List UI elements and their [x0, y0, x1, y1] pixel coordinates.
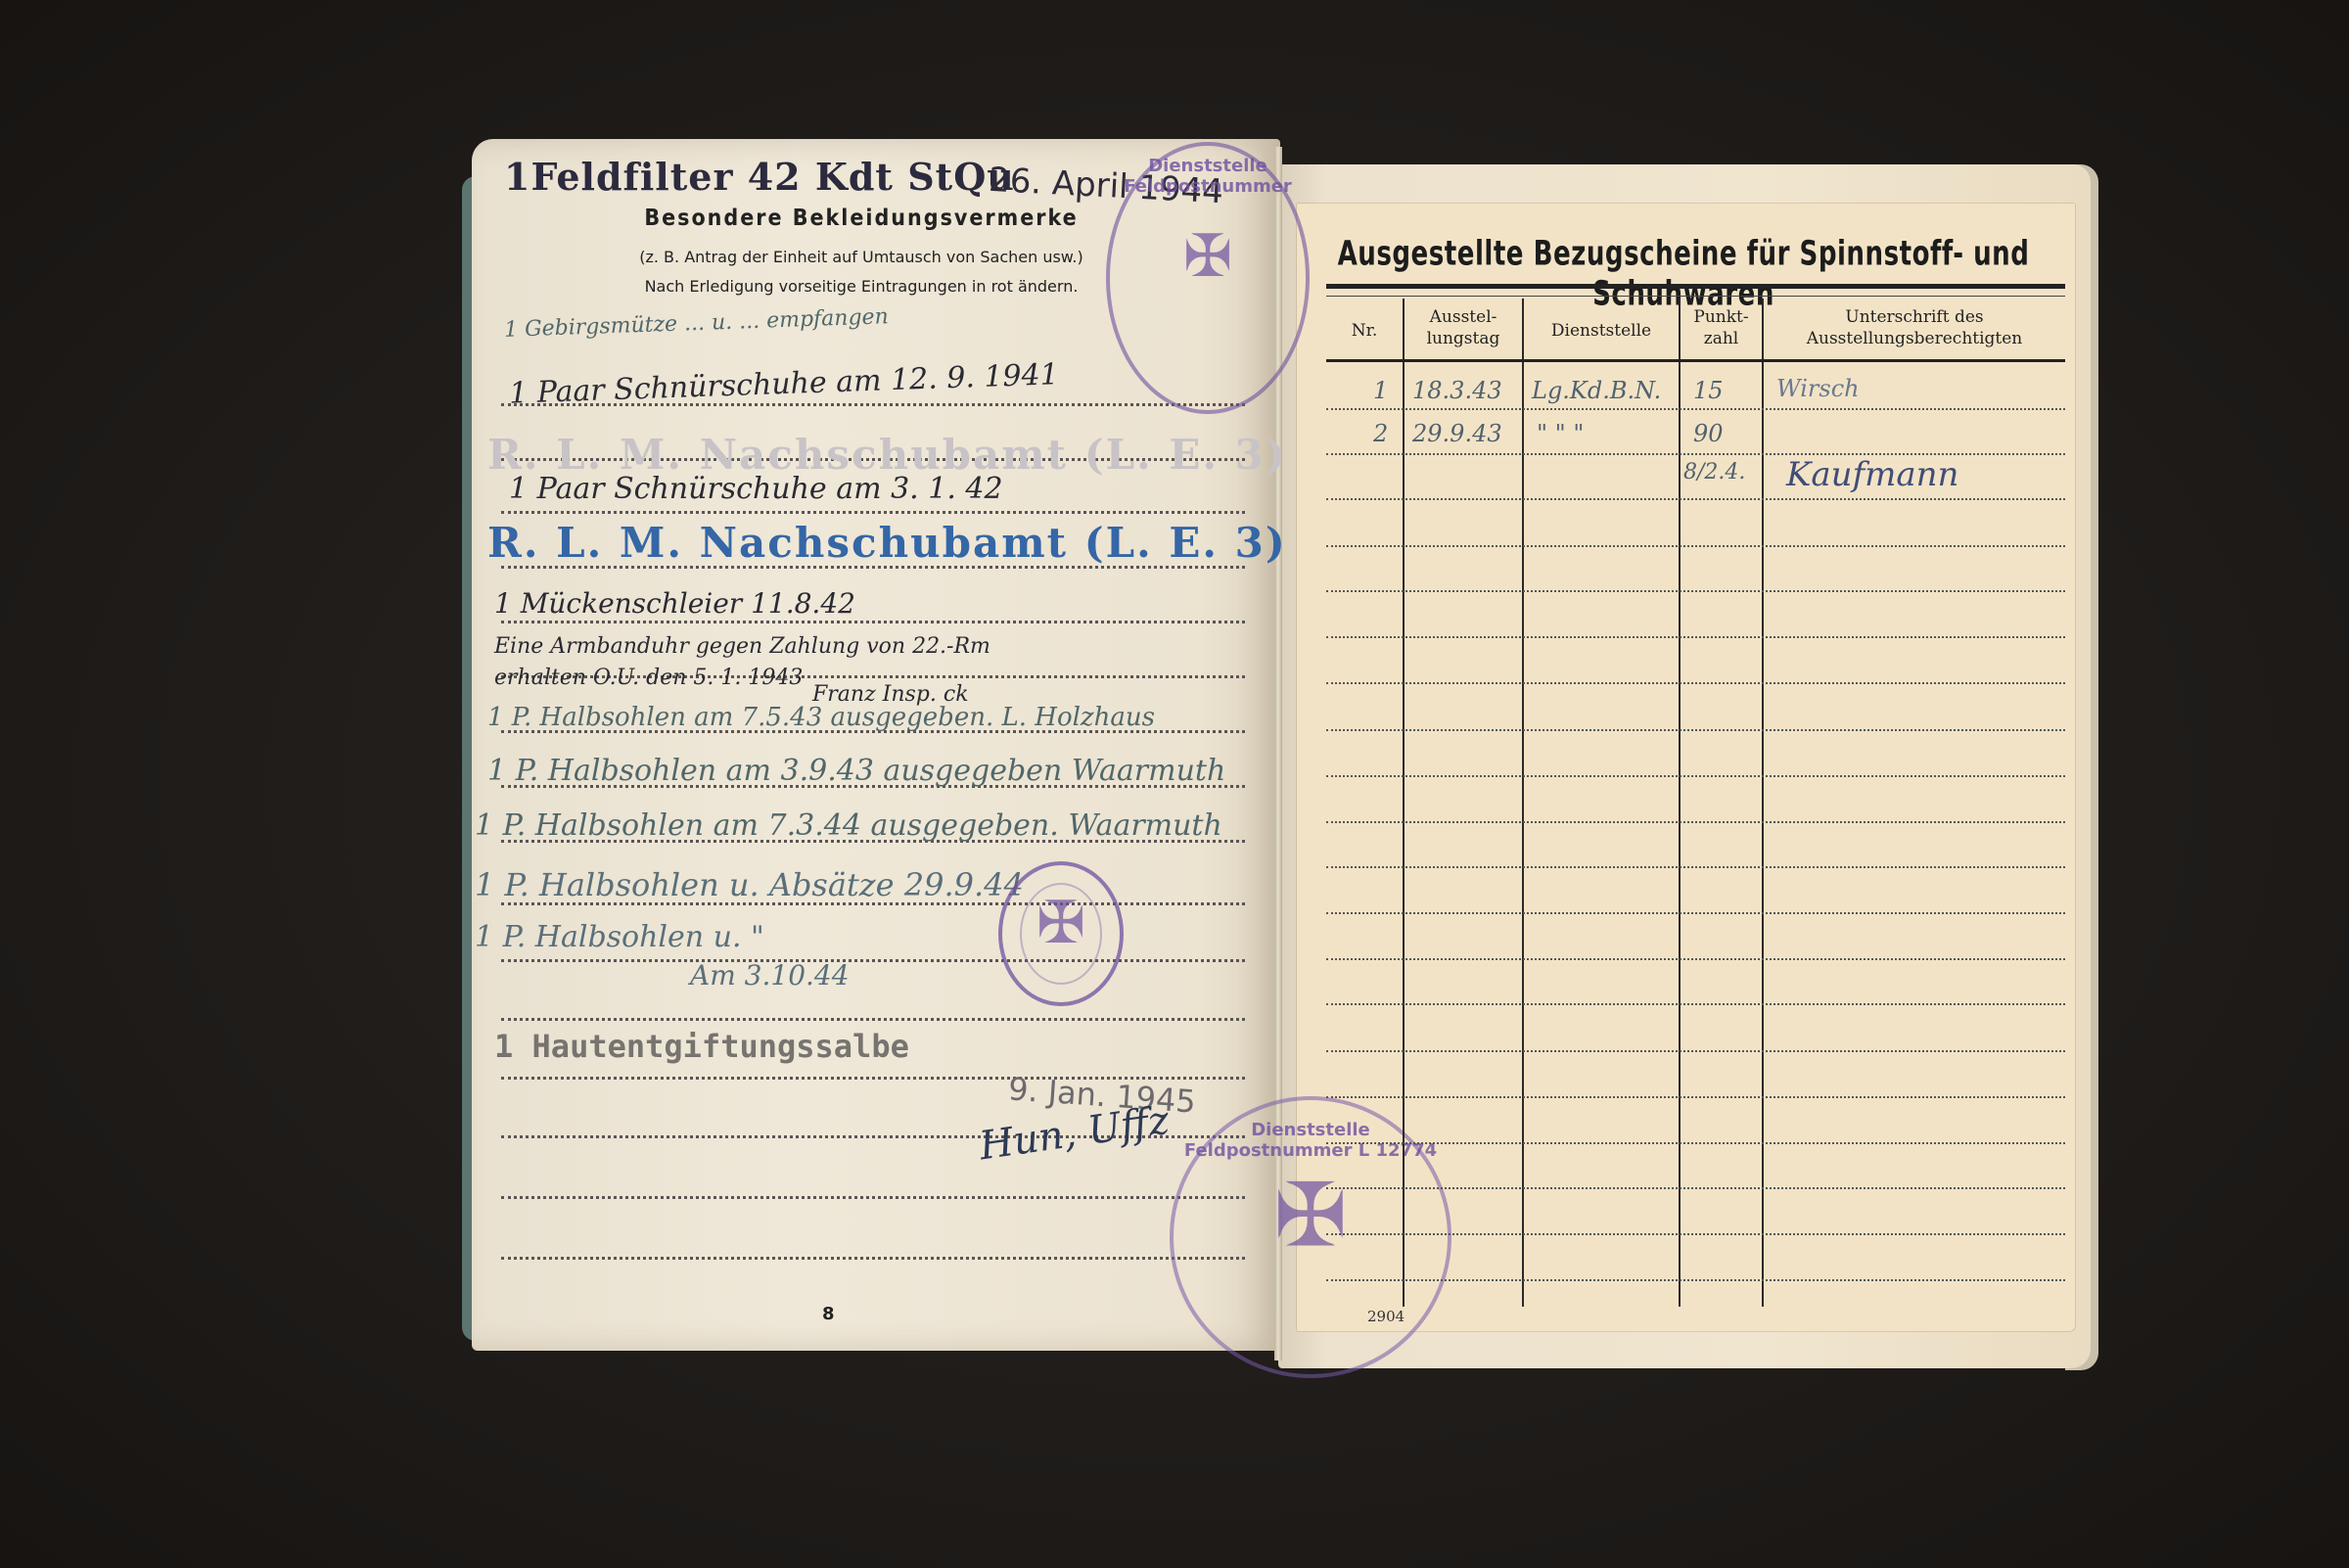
item-stamp: 1 Hautentgiftungssalbe — [494, 1028, 909, 1065]
eagle-emblem-icon: ✠ — [1036, 889, 1085, 957]
cell-date: 18.3.43 — [1412, 377, 1502, 404]
ruling-line — [501, 1257, 1245, 1260]
page-subtitle-1: (z. B. Antrag der Einheit auf Umtausch v… — [548, 248, 1174, 266]
page-number: 8 — [822, 1304, 835, 1324]
handwritten-entry: 1 Mückenschleier 11.8.42 — [494, 587, 855, 620]
title-rule-thin — [1326, 296, 2065, 297]
column-header: Dienststelle — [1524, 320, 1679, 342]
cell-date: 29.9.43 — [1412, 420, 1502, 447]
handwritten-entry: erhalten O.U. den 5. 1. 1943 — [494, 666, 803, 690]
ruling-line — [501, 511, 1245, 514]
round-stamp-top-center: Dienststelle Feldpostnummer ✠ — [1106, 142, 1310, 414]
page-subtitle-2: Nach Erledigung vorseitige Eintragungen … — [548, 277, 1174, 296]
handwritten-entry: 1 P. Halbsohlen am 3.9.43 ausgegeben Waa… — [487, 754, 1225, 788]
coupon-table: Nr. Ausstel-lungstag Dienststelle Punkt-… — [1326, 299, 2065, 1307]
handwritten-entry: 1 P. Halbsohlen am 7.3.44 ausgegeben. Wa… — [475, 808, 1222, 843]
handwritten-entry: 1 P. Halbsohlen u. Absätze 29.9.44 — [475, 866, 1024, 903]
cell-nr: 1 — [1373, 377, 1388, 404]
round-stamp-left: ✠ — [998, 861, 1124, 1006]
column-header: Nr. — [1326, 320, 1403, 342]
cell-points: 90 — [1693, 420, 1724, 447]
cell-points: 8/2.4. — [1683, 460, 1745, 484]
cell-nr: 2 — [1373, 420, 1388, 447]
column-header: Unterschrift des Ausstellungsberechtigte… — [1764, 306, 2065, 349]
cell-points: 15 — [1693, 377, 1724, 404]
column-header: Punkt-zahl — [1681, 306, 1762, 349]
handwritten-entry: 1 Paar Schnürschuhe am 3. 1. 42 — [509, 472, 1003, 506]
ruling-line — [501, 1018, 1245, 1021]
handwritten-entry: Eine Armbanduhr gegen Zahlung von 22.-Rm — [494, 634, 990, 659]
rlm-stamp-blue: R. L. M. Nachschubamt (L. E. 3) — [487, 519, 1287, 567]
ruling-line — [501, 959, 1245, 962]
title-rule — [1326, 284, 2065, 289]
ruling-line — [501, 1196, 1245, 1199]
column-header: Ausstel-lungstag — [1405, 306, 1522, 349]
handwritten-entry: 1 P. Halbsohlen am 7.5.43 ausgegeben. L.… — [487, 703, 1155, 732]
page-title: Besondere Bekleidungsvermerke — [568, 206, 1155, 231]
handwritten-entry: 1 P. Halbsohlen u. " — [475, 920, 764, 954]
eagle-emblem-icon: ✠ — [1183, 222, 1232, 291]
form-number: 2904 — [1367, 1308, 1405, 1325]
ruling-line — [501, 621, 1245, 623]
cell-office: Lg.Kd.B.N. — [1532, 377, 1661, 404]
unit-stamp: 1Feldfilter 42 Kdt StQu — [504, 155, 1015, 199]
cell-office: " " " — [1537, 420, 1584, 447]
cell-signature: Kaufmann — [1786, 455, 1958, 494]
handwritten-entry: Am 3.10.44 — [690, 959, 850, 992]
cell-signature: Wirsch — [1776, 375, 1860, 402]
